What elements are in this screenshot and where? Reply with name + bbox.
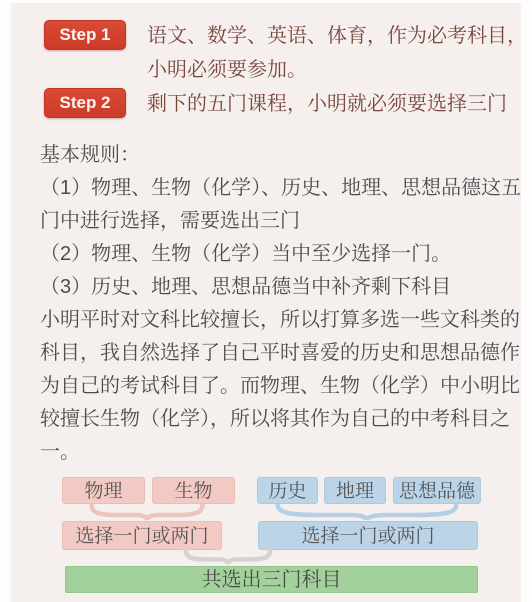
science-choice-box: 选择一门或两门 (62, 521, 222, 550)
subject-box-civics: 思想品德 (393, 477, 481, 504)
rules-heading: 基本规则： (40, 139, 524, 172)
liberal-choice-box: 选择一门或两门 (258, 521, 478, 550)
subject-box-geography: 地理 (324, 477, 386, 504)
step-1-badge: Step 1 (44, 20, 126, 50)
liberal-group-brace-icon (272, 504, 462, 521)
rules-section: 基本规则： （1）物理、生物（化学）、历史、地理、思想品德这五门中进行选择，需要… (40, 139, 524, 469)
rule-item-1: （1）物理、生物（化学）、历史、地理、思想品德这五门中进行选择，需要选出三门 (40, 172, 524, 238)
step-2-text: 剩下的五门课程，小明就必须要选择三门 (147, 87, 529, 121)
subject-box-physics: 物理 (62, 477, 145, 504)
subject-box-biology: 生物 (152, 477, 235, 504)
rule-item-2: （2）物理、生物（化学）当中至少选择一门。 (40, 238, 524, 271)
result-brace-icon (183, 549, 273, 565)
result-box: 共选出三门科目 (65, 566, 478, 593)
science-group-brace-icon (88, 504, 206, 521)
analysis-paragraph: 小明平时对文科比较擅长，所以打算多选一些文科类的科目，我自然选择了自己平时喜爱的… (40, 304, 524, 469)
infographic-page: Step 1 语文、数学、英语、体育，作为必考科目，小明必须要参加。 Step … (0, 0, 532, 602)
rule-item-3: （3）历史、地理、思想品德当中补齐剩下科目 (40, 271, 524, 304)
subject-box-history: 历史 (257, 477, 318, 504)
step-1-text: 语文、数学、英语、体育，作为必考科目，小明必须要参加。 (147, 19, 529, 87)
step-2-badge: Step 2 (44, 88, 126, 118)
